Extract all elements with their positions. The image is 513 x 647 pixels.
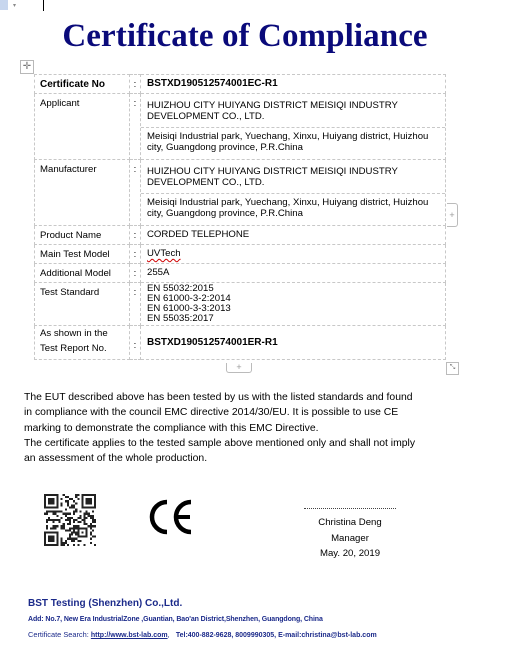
statement-line: The EUT described above has been tested …	[24, 390, 464, 405]
manufacturer-name-line1: HUIZHOU CITY HUIYANG DISTRICT MEISIQI IN…	[147, 166, 398, 177]
add-row-button[interactable]: +	[226, 363, 252, 373]
table-row: Applicant : HUIZHOU CITY HUIYANG DISTRIC…	[35, 94, 446, 160]
certificate-no-label: Certificate No	[35, 75, 130, 94]
table-row: Manufacturer : HUIZHOU CITY HUIYANG DIST…	[35, 160, 446, 226]
test-report-no-label: As shown in the Test Report No.	[35, 326, 130, 360]
applicant-value: HUIZHOU CITY HUIYANG DISTRICT MEISIQI IN…	[141, 94, 446, 160]
test-report-no-value: BSTXD190512574001ER-R1	[141, 326, 446, 360]
table-resize-handle-icon[interactable]: ⤡	[446, 362, 459, 375]
colon: :	[130, 245, 141, 264]
applicant-name-line2: DEVELOPMENT CO., LTD.	[147, 111, 264, 122]
signatory-position: Manager	[290, 531, 410, 547]
manufacturer-label: Manufacturer	[35, 160, 130, 226]
table-row: Main Test Model : UVTech	[35, 245, 446, 264]
colon: :	[130, 326, 141, 360]
main-test-model-label: Main Test Model	[35, 245, 130, 264]
certificate-no-value: BSTXD190512574001EC-R1	[141, 75, 446, 94]
manufacturer-address: Meisiqi Industrial park, Yuechang, Xinxu…	[141, 193, 445, 222]
table-row: Product Name : CORDED TELEPHONE	[35, 226, 446, 245]
main-test-model-value: UVTech	[141, 245, 446, 264]
manufacturer-value: HUIZHOU CITY HUIYANG DISTRICT MEISIQI IN…	[141, 160, 446, 226]
compliance-statement: The EUT described above has been tested …	[24, 390, 464, 466]
product-name-value: CORDED TELEPHONE	[141, 226, 446, 245]
product-name-label: Product Name	[35, 226, 130, 245]
applicant-address-line2: city, Guangdong province, P.R.China	[147, 142, 303, 153]
colon: :	[130, 160, 141, 226]
ce-mark-icon	[148, 494, 194, 540]
additional-model-value: 255A	[141, 264, 446, 283]
test-standard-item: EN 55035:2017	[147, 314, 445, 324]
statement-line: marking to demonstrate the compliance wi…	[24, 421, 464, 436]
table-row: Certificate No : BSTXD190512574001EC-R1	[35, 75, 446, 94]
applicant-name: HUIZHOU CITY HUIYANG DISTRICT MEISIQI IN…	[147, 97, 445, 125]
table-row: Additional Model : 255A	[35, 264, 446, 283]
colon: :	[130, 283, 141, 326]
separator: ,	[168, 630, 170, 639]
table-move-handle-icon[interactable]: ✛	[20, 60, 34, 74]
table-row: Test Standard : EN 55032:2015 EN 61000-3…	[35, 283, 446, 326]
statement-line: an assessment of the whole production.	[24, 451, 464, 466]
company-name: BST Testing (Shenzhen) Co.,Ltd.	[28, 598, 182, 609]
test-report-label-line2: Test Report No.	[40, 343, 107, 354]
dropdown-arrow-icon[interactable]: ▾	[13, 2, 16, 9]
signature-line	[304, 508, 396, 515]
text-cursor	[43, 0, 44, 11]
company-address: Add: No.7, New Era IndustrialZone ,Guant…	[28, 616, 323, 623]
main-test-model-text: UVTech	[147, 248, 181, 259]
statement-line: The certificate applies to the tested sa…	[24, 436, 464, 451]
manufacturer-address-line2: city, Guangdong province, P.R.China	[147, 208, 303, 219]
colon: :	[130, 264, 141, 283]
applicant-address-line1: Meisiqi Industrial park, Yuechang, Xinxu…	[147, 131, 428, 142]
signature-block: Christina Deng Manager May. 20, 2019	[290, 508, 410, 562]
certificate-table: Certificate No : BSTXD190512574001EC-R1 …	[34, 74, 446, 360]
colon: :	[130, 226, 141, 245]
colon: :	[130, 75, 141, 94]
applicant-address: Meisiqi Industrial park, Yuechang, Xinxu…	[141, 127, 445, 156]
manufacturer-address-line1: Meisiqi Industrial park, Yuechang, Xinxu…	[147, 197, 428, 208]
certificate-search-line: Certificate Search: http://www.bst-lab.c…	[28, 630, 377, 639]
manufacturer-name: HUIZHOU CITY HUIYANG DISTRICT MEISIQI IN…	[147, 163, 445, 191]
additional-model-label: Additional Model	[35, 264, 130, 283]
test-standard-label: Test Standard	[35, 283, 130, 326]
applicant-name-line1: HUIZHOU CITY HUIYANG DISTRICT MEISIQI IN…	[147, 100, 398, 111]
test-report-label-line1: As shown in the	[40, 328, 108, 339]
colon: :	[130, 94, 141, 160]
statement-line: in compliance with the council EMC direc…	[24, 405, 464, 420]
page-title: Certificate of Compliance	[0, 18, 490, 55]
test-standard-value: EN 55032:2015 EN 61000-3-2:2014 EN 61000…	[141, 283, 446, 326]
signature-date: May. 20, 2019	[290, 546, 410, 562]
contact-info: Tel:400-882-9628, 8009990305, E-mail:chr…	[176, 632, 377, 639]
document-icon[interactable]	[0, 0, 8, 10]
manufacturer-name-line2: DEVELOPMENT CO., LTD.	[147, 177, 264, 188]
add-column-button[interactable]: +	[447, 203, 458, 227]
website-link[interactable]: http://www.bst-lab.com	[91, 632, 168, 639]
qr-code-icon	[44, 494, 96, 546]
signatory-name: Christina Deng	[290, 515, 410, 531]
applicant-label: Applicant	[35, 94, 130, 160]
table-row: As shown in the Test Report No. : BSTXD1…	[35, 326, 446, 360]
search-label: Certificate Search:	[28, 630, 91, 639]
